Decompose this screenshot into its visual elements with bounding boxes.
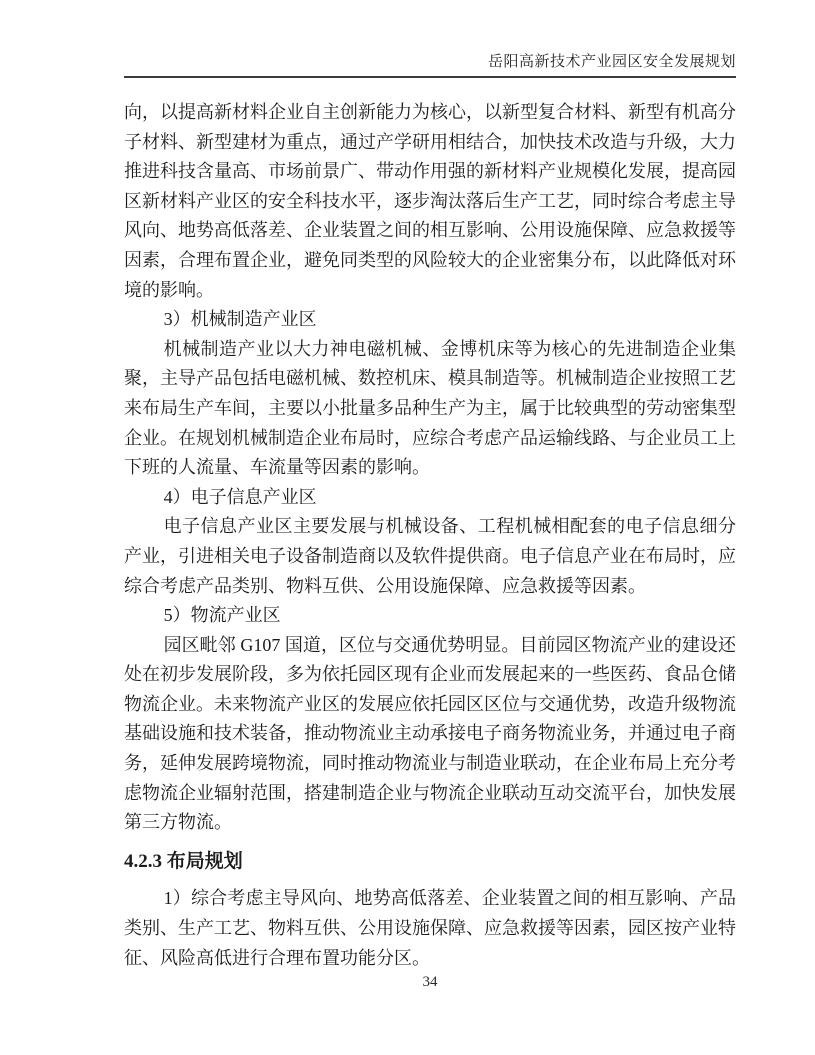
page-number: 34 — [423, 974, 438, 990]
page-header: 岳阳高新技术产业园区安全发展规划 — [124, 50, 736, 78]
section-heading: 4.2.3 布局规划 — [124, 847, 736, 877]
body-paragraph: 1）综合考虑主导风向、地势高低落差、企业装置之间的相互影响、产品类别、生产工艺、… — [124, 884, 736, 973]
document-body: 向，以提高新材料企业自主创新能力为核心，以新型复合材料、新型有机高分子材料、新型… — [124, 98, 736, 973]
list-subheading: 3）机械制造产业区 — [124, 305, 736, 335]
list-subheading: 5）物流产业区 — [124, 601, 736, 631]
body-paragraph: 机械制造产业以大力神电磁机械、金博机床等为核心的先进制造企业集聚，主导产品包括电… — [124, 335, 736, 483]
body-paragraph: 向，以提高新材料企业自主创新能力为核心，以新型复合材料、新型有机高分子材料、新型… — [124, 98, 736, 305]
body-paragraph: 园区毗邻 G107 国道，区位与交通优势明显。目前园区物流产业的建设还处在初步发… — [124, 631, 736, 838]
list-subheading: 4）电子信息产业区 — [124, 483, 736, 513]
header-title: 岳阳高新技术产业园区安全发展规划 — [488, 54, 736, 70]
document-page: 岳阳高新技术产业园区安全发展规划 向，以提高新材料企业自主创新能力为核心，以新型… — [0, 0, 815, 1055]
page-footer: 34 — [124, 974, 736, 991]
body-paragraph: 电子信息产业区主要发展与机械设备、工程机械相配套的电子信息细分产业，引进相关电子… — [124, 512, 736, 601]
document-content: 岳阳高新技术产业园区安全发展规划 向，以提高新材料企业自主创新能力为核心，以新型… — [124, 50, 736, 973]
